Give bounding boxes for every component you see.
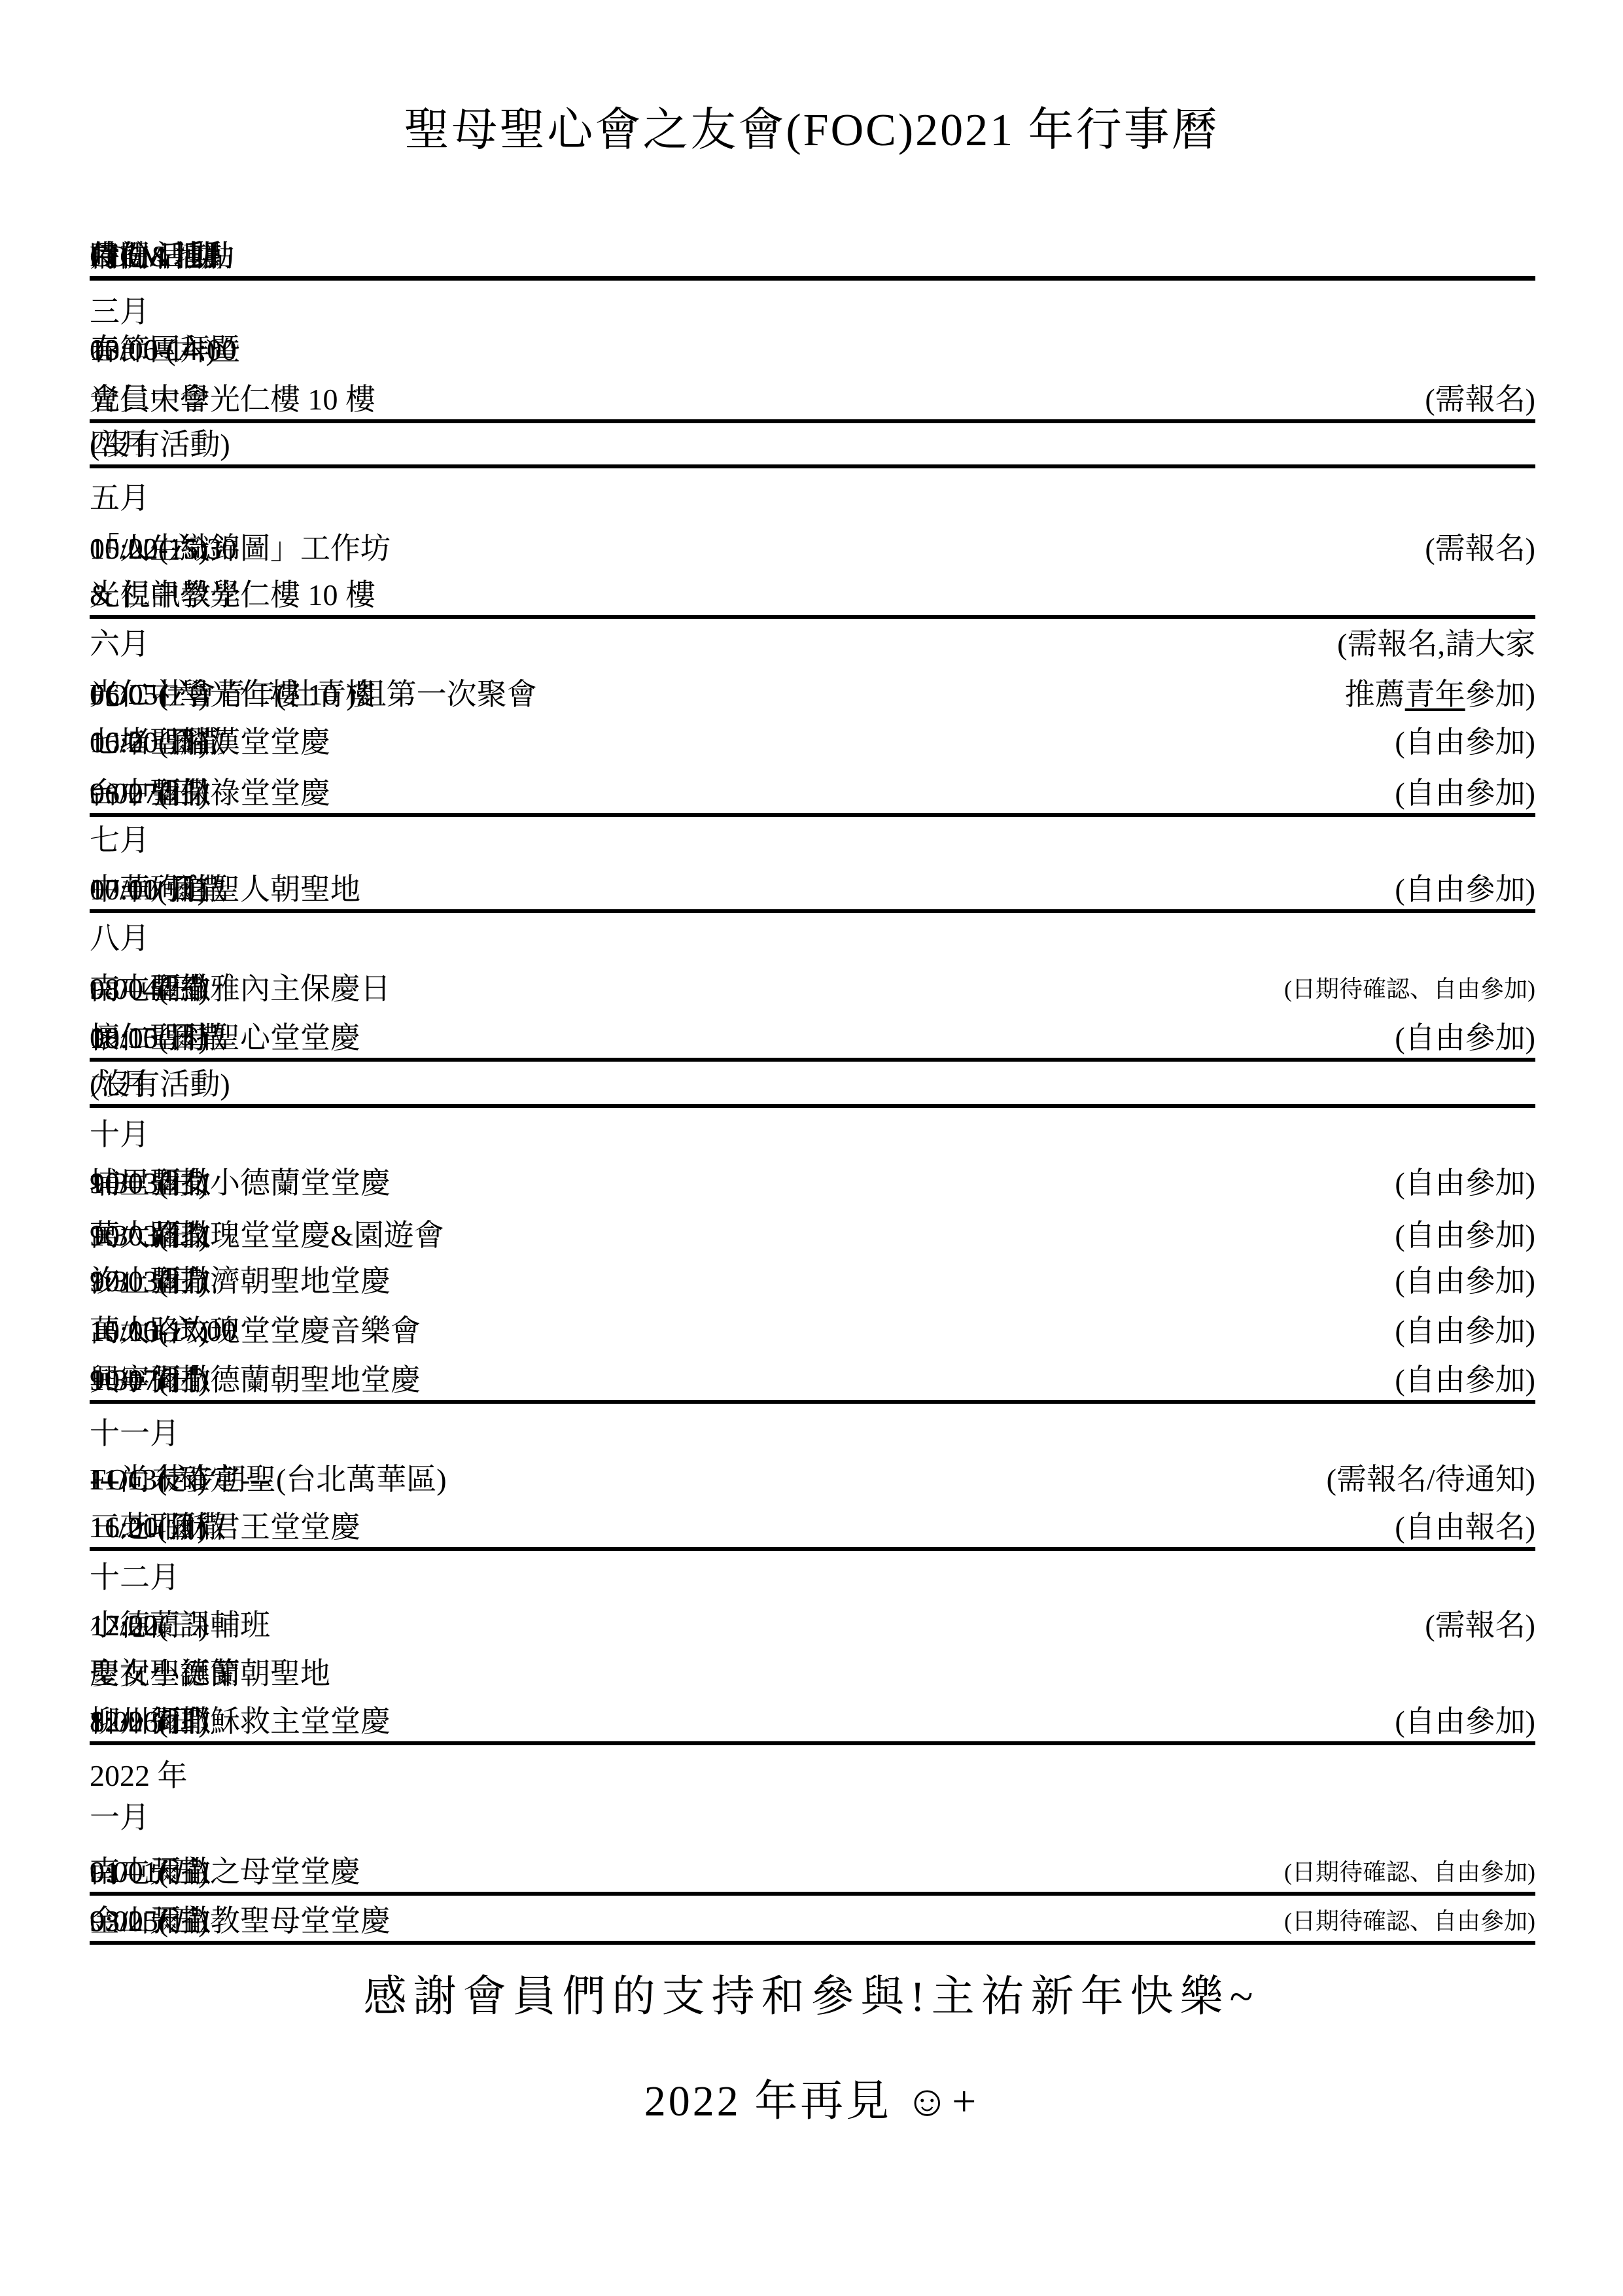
- note-cell: (需報名,請大家: [1337, 629, 1535, 660]
- foc-activity-cell: (沒有活動): [90, 1069, 230, 1100]
- note-cell: (日期待確認、自由參加): [1284, 1860, 1535, 1885]
- scanned-calendar-page: 聖母聖心會之友會(FOC)2021 年行事曆 月份/日期 FOC 活動 CICM…: [0, 0, 1623, 2296]
- note-cell: (自由參加): [1395, 1168, 1535, 1199]
- table-row: 九月 (沒有活動): [90, 1057, 1535, 1108]
- time-cell: 8:00 彌撒: [90, 1706, 211, 1737]
- time-cell: 9:00 彌撒: [90, 778, 211, 809]
- table-row: 十二月: [90, 1550, 1535, 1597]
- time-cell: 9:00 彌撒: [90, 1856, 211, 1888]
- note-cell: (自由參加): [1395, 1315, 1535, 1347]
- note-cell: 推薦青年參加): [1345, 679, 1535, 710]
- time-cell: 9:30 彌撒: [90, 1220, 211, 1251]
- note-text: 參加): [1465, 678, 1535, 711]
- table-row: 慶祝聖誕節 聖女小德蘭朝聖地: [90, 1646, 1535, 1694]
- note-cell: (日期待確認、自由參加): [1284, 977, 1535, 1002]
- note-cell: (自由報名): [1395, 1512, 1535, 1543]
- table-row: 一月: [90, 1790, 1535, 1837]
- table-row: & 視訊教學 光仁中學光仁樓 10 樓: [90, 568, 1535, 619]
- table-row: 2022 年: [90, 1748, 1535, 1796]
- table-row: 六月 (需報名,請大家: [90, 617, 1535, 664]
- table-row: 07/11(日) 中華殉道聖人朝聖地 10:00 彌撒 (自由參加): [90, 862, 1535, 913]
- note-cell: (自由參加): [1395, 1220, 1535, 1251]
- month-label: 十一月: [90, 1418, 180, 1450]
- table-row: 05/22(六) 「人生織錦圖」工作坊 10:00-15:30 (需報名): [90, 521, 1535, 568]
- table-row: 10/17(日) 興寧街小德蘭朝聖地堂慶 9:30 彌撒 (自由參加): [90, 1353, 1535, 1404]
- time-cell: 9:00 彌撒: [90, 1905, 211, 1937]
- place-cell: 光仁中學光仁樓 10 樓: [90, 580, 375, 611]
- month-label: 十月: [90, 1119, 150, 1151]
- place-cell: 聖女小德蘭朝聖地: [90, 1658, 330, 1690]
- time-cell: 9:30 彌撒: [90, 1365, 211, 1396]
- month-label: 六月: [90, 629, 150, 660]
- time-cell: 9:00 彌撒: [90, 973, 211, 1005]
- table-row: 10/03(日) 萬大路玫瑰堂堂慶&園遊會 9:30 彌撒 (自由參加): [90, 1208, 1535, 1255]
- table-row: 五月: [90, 471, 1535, 518]
- footer-goodbye: 2022 年再見 ☺+: [0, 2066, 1623, 2128]
- note-cell: (自由參加): [1395, 727, 1535, 758]
- table-row: 11/13(六) FOC 徒步朝聖(台北萬華區) ---尚未確定--- (需報名…: [90, 1452, 1535, 1499]
- note-text: 推薦: [1345, 678, 1405, 711]
- month-label: 一月: [90, 1802, 150, 1834]
- note-cell: (自由參加): [1395, 1365, 1535, 1396]
- note-cell: (自由參加): [1395, 874, 1535, 905]
- time-cell: 10:00-14:00: [90, 334, 237, 366]
- table-row: 06/05(六) FOC 社會青年(社青)組第一次聚會 光仁中學光仁樓 10 樓…: [90, 667, 1535, 714]
- note-cell: (自由參加): [1395, 1266, 1535, 1297]
- place-cell: 光仁中學光仁樓 10 樓: [90, 384, 375, 415]
- table-row: 06/20(日) 七堵聖耀漢堂堂慶 10:00 彌撒 (自由參加): [90, 715, 1535, 762]
- note-cell: (自由參加): [1395, 778, 1535, 809]
- time-cell: 10:00-15:30: [90, 533, 237, 565]
- time-cell: 16:00 彌撒: [90, 1512, 226, 1543]
- note-cell: (自由參加): [1395, 1706, 1535, 1737]
- table-row: 08/15(日) 懷仁聖母聖心堂堂慶 10:00 彌撒 (自由參加): [90, 1011, 1535, 1062]
- footer-thanks: 感謝會員們的支持和參與!主祐新年快樂~: [0, 1961, 1623, 2023]
- month-label: 五月: [90, 483, 150, 514]
- table-row: 08/04(三) 南屯聖維雅內主保慶日 9:00 彌撒 (日期待確認、自由參加): [90, 962, 1535, 1009]
- table-header-row: 月份/日期 FOC 活動 CICM 活動 時間&地點 備註: [90, 229, 1535, 281]
- time-cell: 15:00-17:00: [90, 1315, 237, 1347]
- table-row: 八月: [90, 911, 1535, 958]
- note-cell: (需報名): [1425, 384, 1535, 415]
- table-row: 10/03(日) 埔里聖女小德蘭堂堂慶 9:30 彌撒 (自由參加): [90, 1156, 1535, 1203]
- note-cell: (自由參加): [1395, 1022, 1535, 1054]
- table-row: 03/06 (六) 春節團拜暨 10:00-14:00: [90, 322, 1535, 370]
- note-cell: (需報名): [1425, 1610, 1535, 1641]
- note-underlined-text: 青年: [1405, 678, 1465, 711]
- page-title: 聖母聖心會之友會(FOC)2021 年行事曆: [0, 93, 1623, 159]
- note-cell: (需報名): [1425, 533, 1535, 565]
- table-row: 十一月: [90, 1406, 1535, 1453]
- time-cell: 9:30 彌撒: [90, 1266, 211, 1297]
- time-cell: 10:00 彌撒: [90, 727, 226, 758]
- table-row: 會員大會 光仁中學光仁樓 10 樓 (需報名): [90, 372, 1535, 423]
- year-label: 2022 年: [90, 1760, 188, 1792]
- table-row: 01/01(五) 南屯天主之母堂堂慶 9:00 彌撒 (日期待確認、自由參加): [90, 1845, 1535, 1896]
- month-label: 七月: [90, 825, 150, 856]
- table-row: 七月: [90, 813, 1535, 860]
- time-cell: 17:00: [90, 1610, 158, 1641]
- table-row: 06/27(日) 台中聖保祿堂堂慶 9:00 彌撒 (自由參加): [90, 766, 1535, 817]
- month-label: 十二月: [90, 1562, 180, 1593]
- table-row: 12/22(三) 小德蘭課輔班 17:00 (需報名): [90, 1598, 1535, 1645]
- month-label: 八月: [90, 923, 150, 954]
- note-cell: (需報名/待通知): [1327, 1464, 1535, 1495]
- note-cell: (日期待確認、自由參加): [1284, 1909, 1535, 1934]
- table-row: 十月: [90, 1107, 1535, 1155]
- table-row: 10/16(六) 萬大路玫瑰堂堂慶音樂會 15:00-17:00 (自由參加): [90, 1304, 1535, 1351]
- table-row: 10/03(日) 汐止聖方濟朝聖地堂慶 9:30 彌撒 (自由參加): [90, 1254, 1535, 1301]
- table-row: 11/21(日) 三芝耶穌君王堂堂慶 16:00 彌撒 (自由報名): [90, 1500, 1535, 1551]
- table-row: 12/26(日) 柳州街耶穌救主堂堂慶 8:00 彌撒 (自由參加): [90, 1694, 1535, 1745]
- time-cell: ---尚未確定---: [90, 1464, 270, 1495]
- table-row: 四月 (沒有活動): [90, 417, 1535, 468]
- time-cell: 10:00 彌撒: [90, 1022, 226, 1054]
- table-row: 03/25(五) 金山天主教聖母堂堂慶 9:00 彌撒 (日期待確認、自由參加): [90, 1894, 1535, 1945]
- foc-activity-cell: (沒有活動): [90, 429, 230, 461]
- time-cell: 9:30 彌撒: [90, 1168, 211, 1199]
- header-note: 備註: [90, 241, 150, 272]
- time-cell: 10:00 彌撒: [90, 874, 226, 905]
- place-cell: 光仁中學光仁樓 10 樓: [90, 679, 375, 710]
